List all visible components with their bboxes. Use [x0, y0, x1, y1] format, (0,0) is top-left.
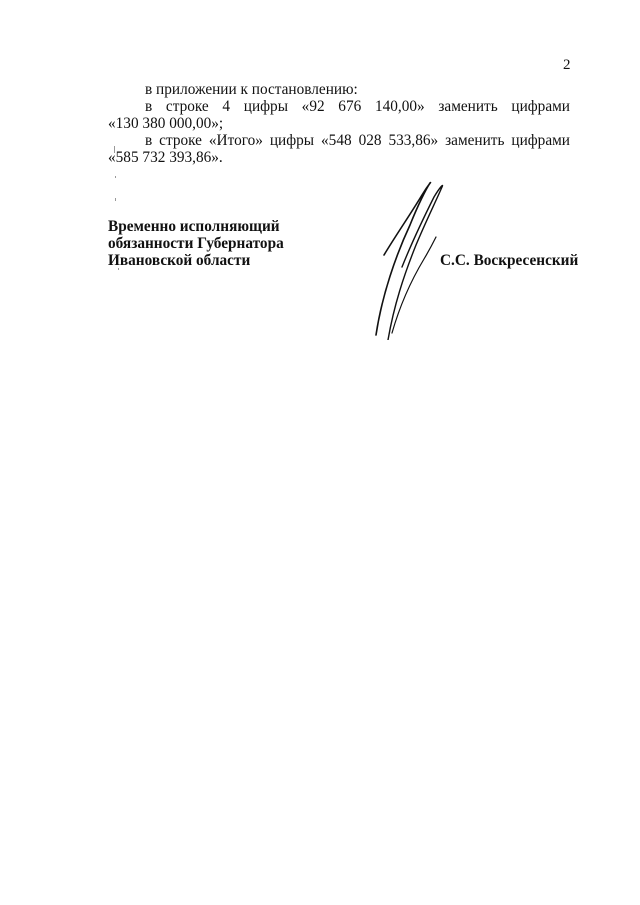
amendment-line-4: в строке 4 цифры «92 676 140,00» заменит…: [108, 98, 570, 115]
amendment-line-4-value: «130 380 000,00»;: [108, 115, 570, 132]
intro-line: в приложении к постановлению:: [108, 81, 570, 98]
scan-artifact: [115, 198, 116, 201]
amendment-total: в строке «Итого» цифры «548 028 533,86» …: [108, 132, 570, 149]
scan-artifact: [115, 176, 116, 178]
scan-artifact: [114, 146, 115, 153]
signatory-name: С.С. Воскресенский: [440, 252, 578, 269]
document-body: в приложении к постановлению: в строке 4…: [108, 81, 570, 166]
page-number: 2: [563, 57, 571, 74]
handwritten-signature: [370, 175, 450, 340]
signatory-title: Временно исполняющий обязанности Губерна…: [108, 218, 284, 269]
signatory-title-line: Ивановской области: [108, 252, 284, 269]
amendment-total-value: «585 732 393,86».: [108, 149, 570, 166]
signatory-title-line: Временно исполняющий: [108, 218, 284, 235]
signatory-title-line: обязанности Губернатора: [108, 235, 284, 252]
